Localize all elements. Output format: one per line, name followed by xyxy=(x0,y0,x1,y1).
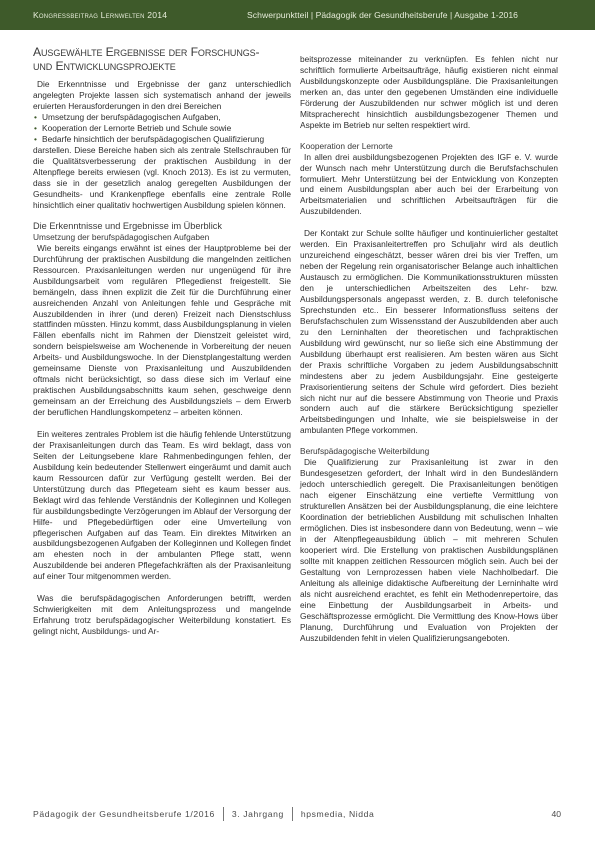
header-section-info: Schwerpunktteil | Pädagogik der Gesundhe… xyxy=(247,0,518,30)
footer-divider xyxy=(292,807,293,821)
paragraph: Die Qualifizierung zur Praxisanleitung i… xyxy=(300,457,558,643)
section-title: Ausgewählte Ergebnisse der Forschungs- u… xyxy=(33,45,291,73)
running-header: Kongressbeitrag Lernwelten 2014 Schwerpu… xyxy=(0,0,595,30)
paragraph: In allen drei ausbildungsbezogenen Proje… xyxy=(300,152,558,218)
subhead-overview: Die Erkenntnisse und Ergebnisse im Überb… xyxy=(33,221,291,232)
bullet-item: Kooperation der Lernorte Betrieb und Sch… xyxy=(33,123,291,134)
paragraph: Ein weiteres zentrales Problem ist die h… xyxy=(33,429,291,582)
footer-volume: 3. Jahrgang xyxy=(232,807,284,821)
intro-paragraph: Die Erkenntnisse und Ergebnisse der ganz… xyxy=(33,79,291,112)
subhead-tasks: Umsetzung der berufspädagogischen Aufgab… xyxy=(33,232,291,243)
footer-publisher: hpsmedia, Nidda xyxy=(301,807,375,821)
footer-divider xyxy=(223,807,224,821)
section-title-line1: Ausgewählte Ergebnisse der Forschungs- xyxy=(33,45,259,59)
footer-journal: Pädagogik der Gesundheitsberufe 1/2016 xyxy=(33,807,215,821)
page-footer: Pädagogik der Gesundheitsberufe 1/20163.… xyxy=(33,807,561,821)
paragraph-continued: beitsprozesse miteinander zu verknüpfen.… xyxy=(300,54,558,131)
paragraph: Der Kontakt zur Schule sollte häufiger u… xyxy=(300,228,558,436)
paragraph: Was die berufspädagogischen Anforderunge… xyxy=(33,593,291,637)
bullet-item: Bedarfe hinsichtlich der berufspädagogis… xyxy=(33,134,291,145)
paragraph: Wie bereits eingangs erwähnt ist eines d… xyxy=(33,243,291,418)
page-number: 40 xyxy=(551,807,561,821)
intro-continued-paragraph: darstellen. Diese Bereiche haben sich al… xyxy=(33,145,291,211)
subhead-training: Berufspädagogische Weiterbildung xyxy=(300,446,558,457)
bullet-item: Umsetzung der berufspädagogischen Aufgab… xyxy=(33,112,291,123)
areas-bullet-list: Umsetzung der berufspädagogischen Aufgab… xyxy=(33,112,291,145)
section-title-line2: und Entwicklungsprojekte xyxy=(33,59,176,73)
left-column: Ausgewählte Ergebnisse der Forschungs- u… xyxy=(33,40,291,637)
subhead-cooperation: Kooperation der Lernorte xyxy=(300,141,558,152)
right-column: beitsprozesse miteinander zu verknüpfen.… xyxy=(300,31,558,644)
header-event-title: Kongressbeitrag Lernwelten 2014 xyxy=(33,0,167,30)
